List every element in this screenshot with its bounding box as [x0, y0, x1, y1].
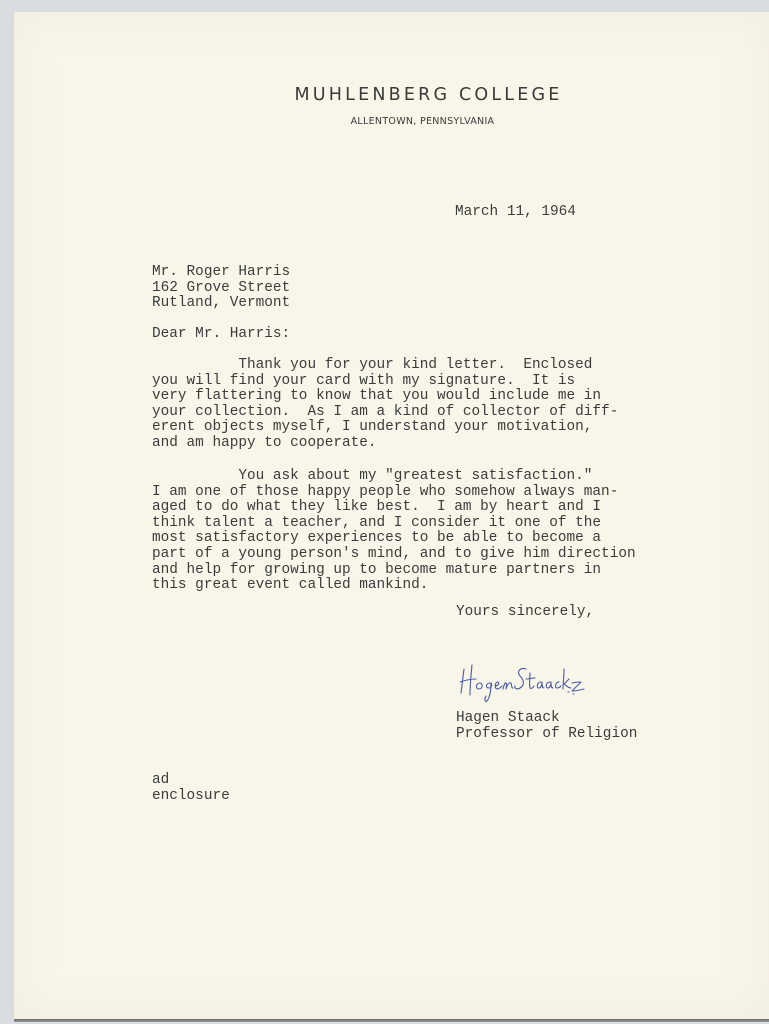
signature-strokes [460, 665, 584, 702]
paragraph-line: and am happy to cooperate. [152, 436, 618, 452]
letterhead-institution: MUHLENBERG COLLEGE [0, 85, 769, 105]
paragraph-line: most satisfactory experiences to be able… [152, 531, 636, 547]
paragraph-line: you will find your card with my signatur… [152, 374, 618, 390]
paragraph-line: Thank you for your kind letter. Enclosed [152, 358, 618, 374]
paragraph-line: your collection. As I am a kind of colle… [152, 405, 618, 421]
paragraph-line: this great event called mankind. [152, 578, 636, 594]
letter-date: March 11, 1964 [455, 205, 576, 221]
enclosure-note: enclosure [152, 789, 230, 805]
letterhead-location: ALLENTOWN, PENNSYLVANIA [0, 116, 769, 127]
body-paragraph-2: You ask about my "greatest satisfaction.… [152, 469, 636, 594]
complimentary-closing: Yours sincerely, [456, 605, 594, 621]
address-line: Mr. Roger Harris [152, 265, 290, 281]
paragraph-line: very flattering to know that you would i… [152, 389, 618, 405]
signatory-name: Hagen Staack [456, 711, 637, 727]
paragraph-line: think talent a teacher, and I consider i… [152, 516, 636, 532]
paragraph-line: and help for growing up to become mature… [152, 563, 636, 579]
paragraph-line: You ask about my "greatest satisfaction.… [152, 469, 636, 485]
handwritten-signature [458, 655, 598, 705]
paragraph-line: I am one of those happy people who someh… [152, 485, 636, 501]
body-paragraph-1: Thank you for your kind letter. Enclosed… [152, 358, 618, 452]
reference-initials: ad [152, 773, 230, 789]
recipient-address: Mr. Roger Harris162 Grove StreetRutland,… [152, 265, 290, 312]
reference-block: adenclosure [152, 773, 230, 804]
salutation: Dear Mr. Harris: [152, 327, 290, 343]
signatory-block: Hagen StaackProfessor of Religion [456, 711, 637, 742]
paragraph-line: aged to do what they like best. I am by … [152, 500, 636, 516]
page-edge-shadow [14, 1019, 769, 1022]
paragraph-line: erent objects myself, I understand your … [152, 420, 618, 436]
address-line: 162 Grove Street [152, 281, 290, 297]
paragraph-line: part of a young person's mind, and to gi… [152, 547, 636, 563]
address-line: Rutland, Vermont [152, 296, 290, 312]
signatory-title: Professor of Religion [456, 727, 637, 743]
